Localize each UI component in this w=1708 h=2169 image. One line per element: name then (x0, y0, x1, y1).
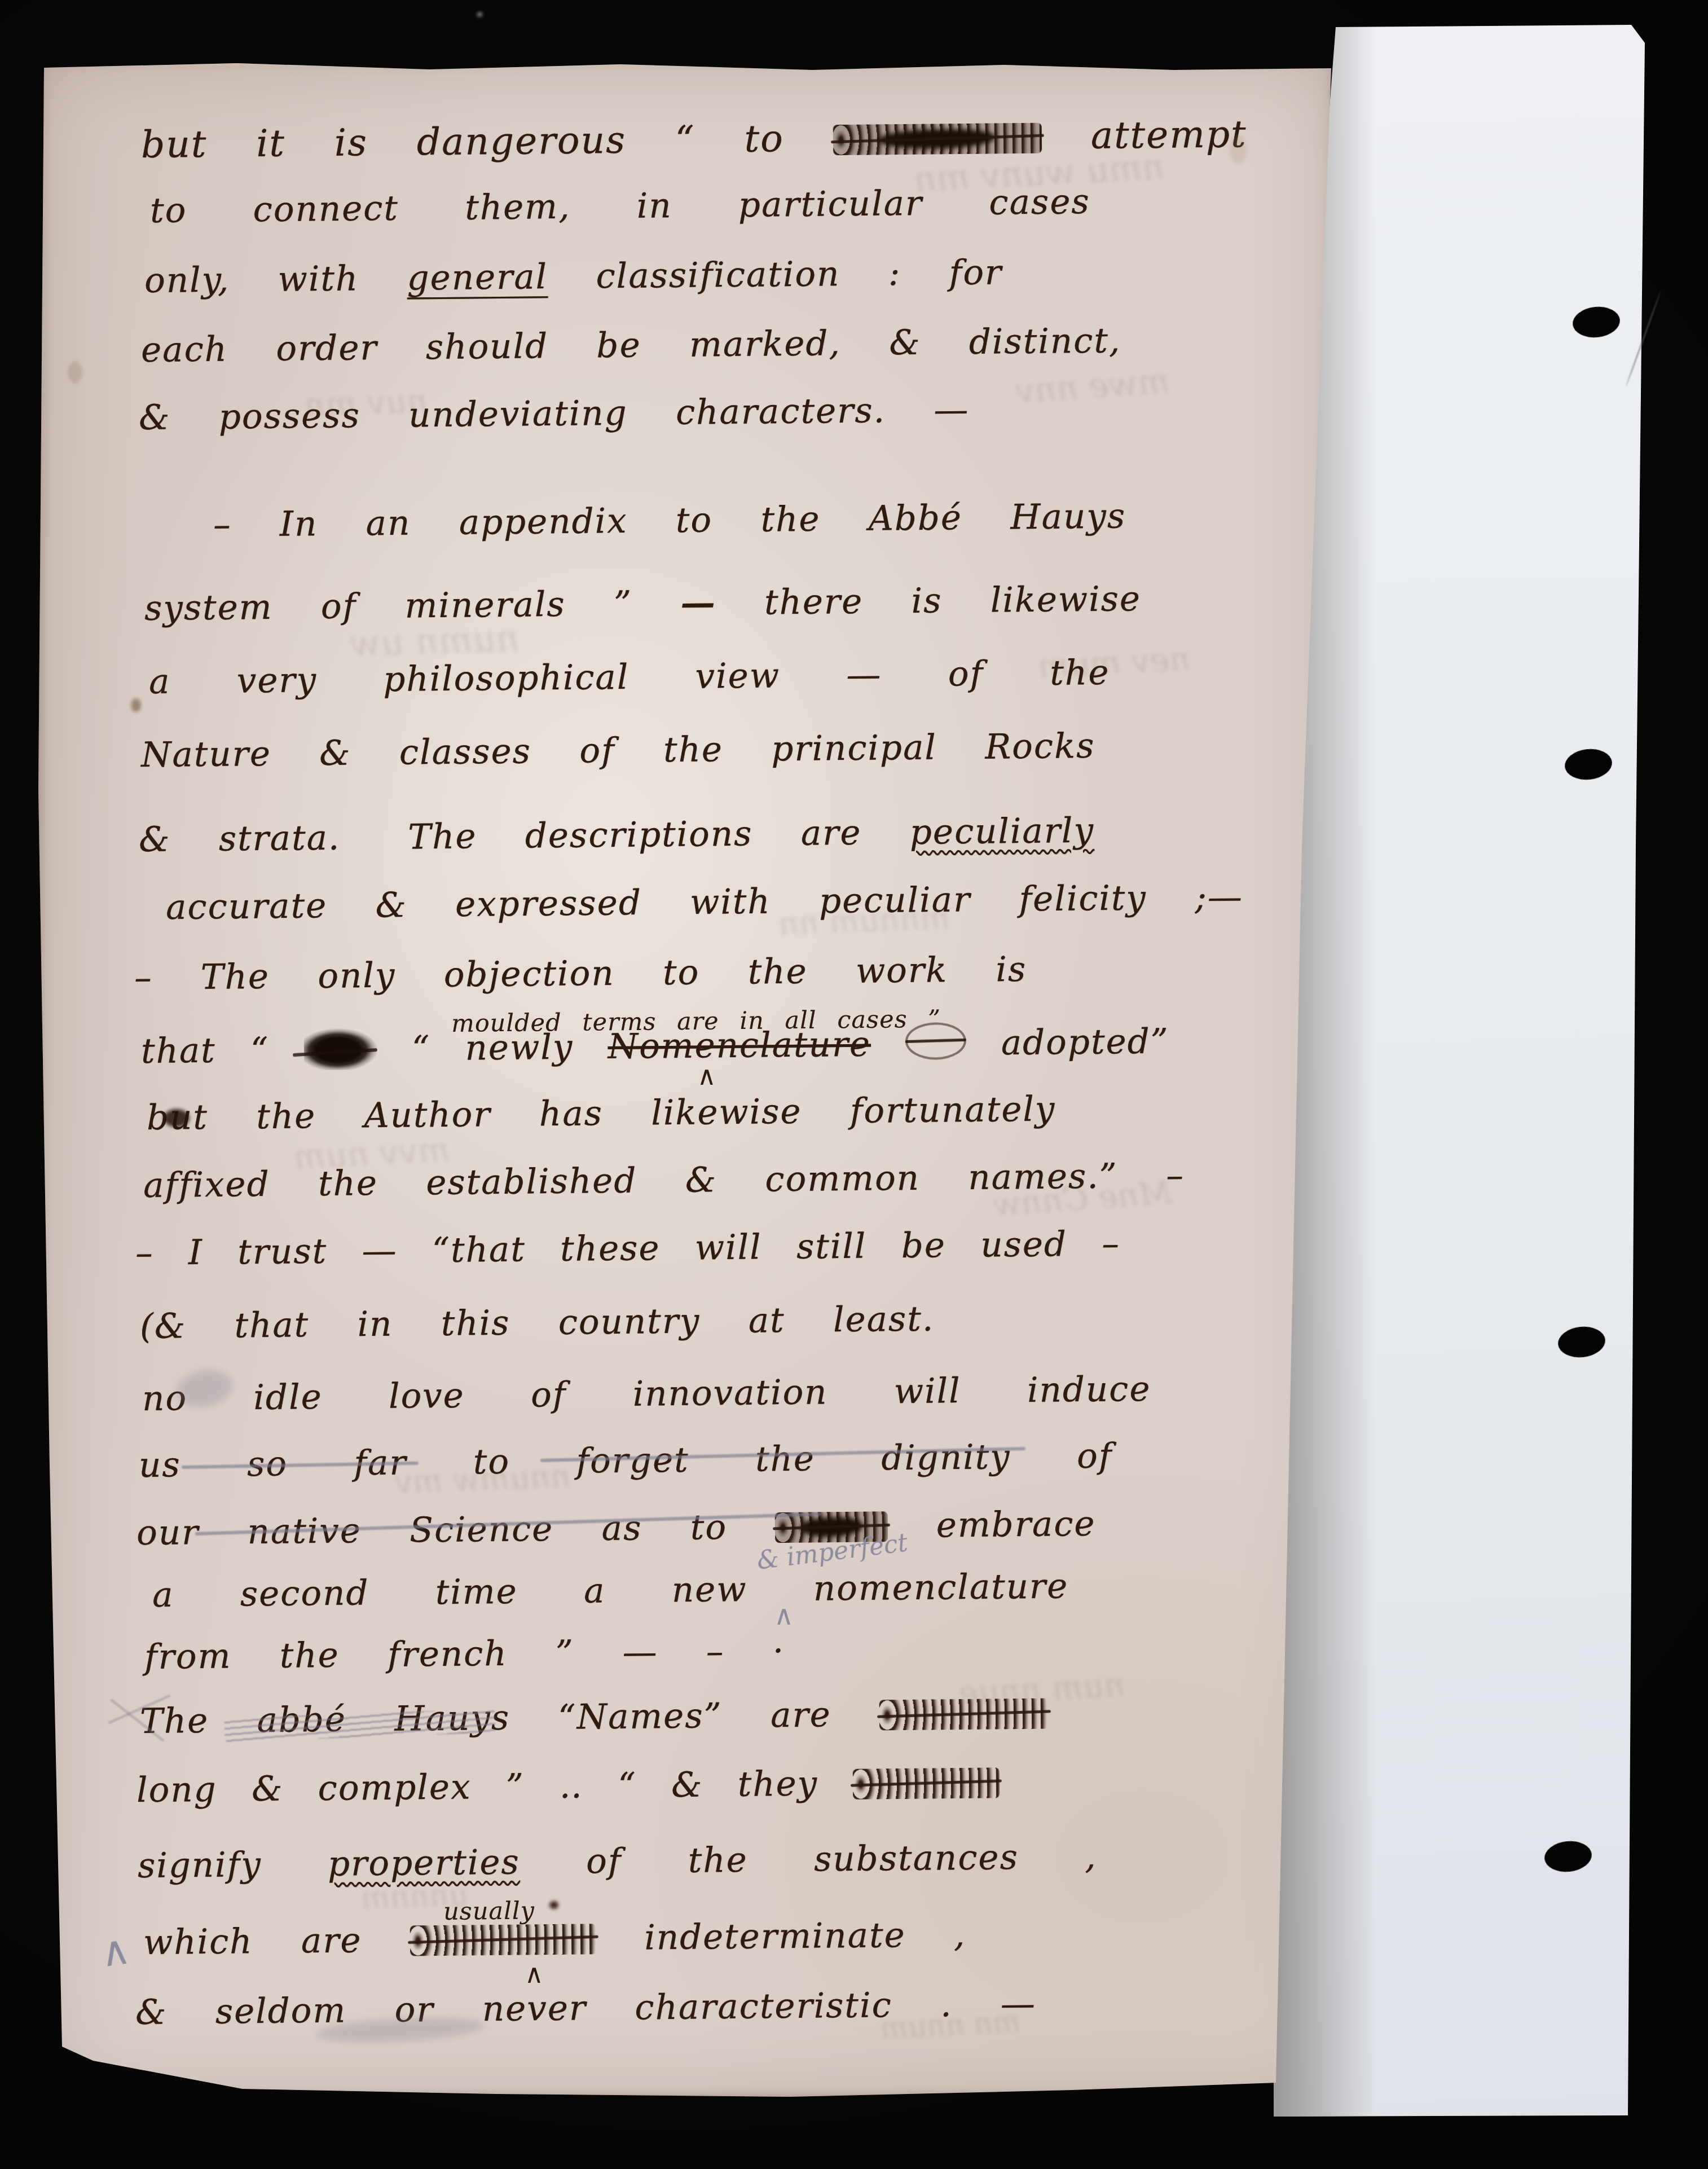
stains-layer (0, 0, 1708, 2169)
paper-stain (1230, 135, 1247, 164)
paper-stain (549, 1901, 558, 1909)
paper-stain (131, 698, 141, 712)
paper-stain (477, 12, 482, 16)
paper-stain (164, 1109, 190, 1127)
paper-stain (68, 361, 82, 384)
photo-background: nmu wunv mnnuv mnmwe nnvnumn uwnev mummn… (0, 0, 1708, 2169)
